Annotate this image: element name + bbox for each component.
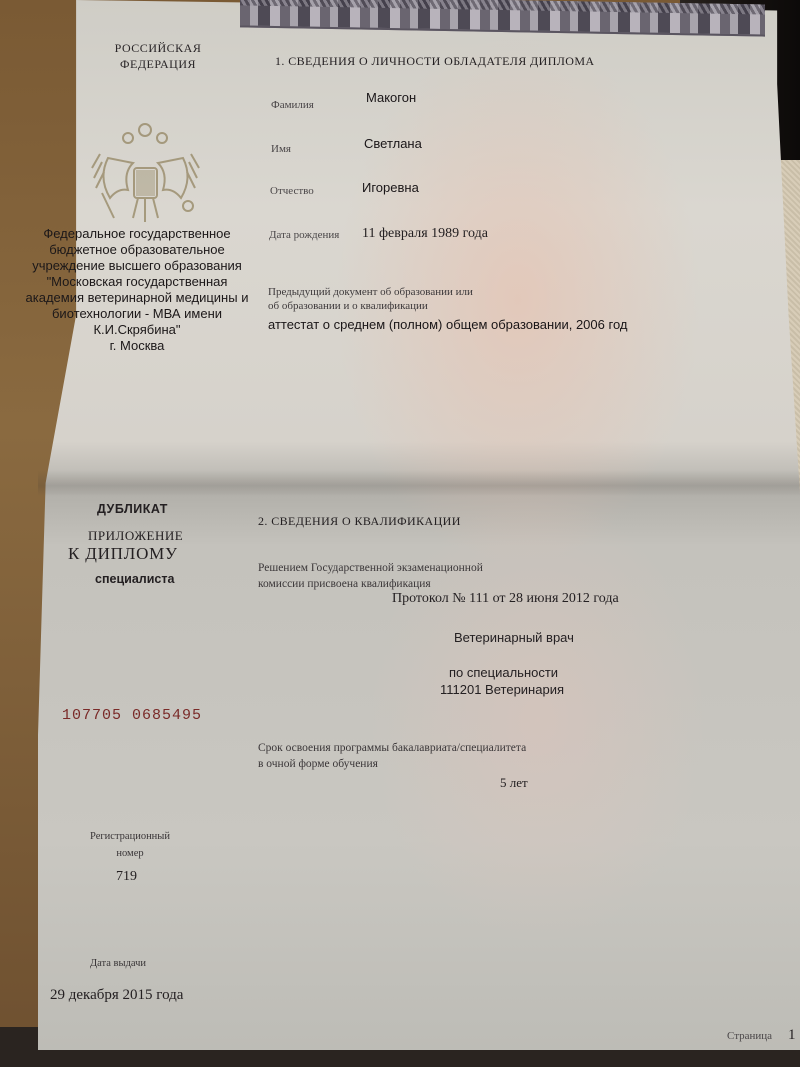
- page-number: 1: [788, 1027, 796, 1044]
- institution-line: г. Москва: [18, 338, 256, 354]
- by-specialty-label: по специальности: [449, 665, 558, 680]
- diploma-level: специалиста: [95, 572, 174, 586]
- registration-label-line-2: номер: [80, 845, 180, 862]
- decision-line-1: Решением Государственной экзаменационной: [258, 560, 558, 576]
- institution-line: К.И.Скрябина": [18, 322, 256, 338]
- protocol-number: Протокол № 111 от 28 июня 2012 года: [392, 591, 619, 607]
- decision-line-2: комиссии присвоена квалификация: [258, 576, 558, 592]
- previous-document-label-line-1: Предыдущий документ об образовании или: [268, 285, 473, 299]
- field-value-patronymic: Игоревна: [362, 180, 419, 195]
- section-2-title: 2. СВЕДЕНИЯ О КВАЛИФИКАЦИИ: [258, 514, 461, 529]
- field-value-name: Светлана: [364, 136, 422, 151]
- page-fold: [38, 470, 800, 496]
- institution-line: биотехнологии - МВА имени: [18, 306, 256, 322]
- to-diploma-title: К ДИПЛОМУ: [68, 544, 178, 564]
- issue-date-label: Дата выдачи: [90, 958, 146, 969]
- institution-line: "Московская государственная: [18, 274, 256, 290]
- issue-date: 29 декабря 2015 года: [50, 987, 183, 1004]
- previous-document-label-line-2: об образовании и о квалификации: [268, 299, 473, 313]
- country-line-1: РОССИЙСКАЯ: [108, 40, 208, 56]
- page-label: Страница: [727, 1030, 772, 1042]
- institution-line: Федеральное государственное: [18, 226, 256, 242]
- institution-line: академия ветеринарной медицины и: [18, 290, 256, 306]
- study-term-label: Срок освоения программы бакалавриата/спе…: [258, 740, 588, 772]
- registration-label-line-1: Регистрационный: [80, 828, 180, 845]
- appendix-title: ПРИЛОЖЕНИЕ: [88, 528, 183, 544]
- field-value-surname: Макогон: [366, 90, 416, 105]
- institution-line: учреждение высшего образования: [18, 258, 256, 274]
- previous-document-label: Предыдущий документ об образовании или о…: [268, 285, 473, 313]
- field-label-birthdate: Дата рождения: [269, 229, 339, 241]
- field-value-birthdate: 11 февраля 1989 года: [362, 226, 488, 242]
- study-term-value: 5 лет: [500, 775, 528, 791]
- duplicate-mark: ДУБЛИКАТ: [97, 502, 168, 516]
- term-line-2: в очной форме обучения: [258, 756, 588, 772]
- registration-number-label: Регистрационный номер: [80, 828, 180, 862]
- term-line-1: Срок освоения программы бакалавриата/спе…: [258, 740, 588, 756]
- commission-decision: Решением Государственной экзаменационной…: [258, 560, 558, 592]
- field-label-name: Имя: [271, 143, 291, 155]
- institution-name: Федеральное государственное бюджетное об…: [18, 226, 256, 354]
- registration-number: 719: [116, 869, 137, 885]
- country-name: РОССИЙСКАЯ ФЕДЕРАЦИЯ: [108, 40, 208, 72]
- qualification: Ветеринарный врач: [454, 630, 574, 645]
- serial-number: 107705 0685495: [62, 707, 202, 724]
- previous-document-value: аттестат о среднем (полном) общем образо…: [268, 317, 627, 332]
- field-label-surname: Фамилия: [271, 99, 314, 111]
- field-label-patronymic: Отчество: [270, 185, 314, 197]
- country-line-2: ФЕДЕРАЦИЯ: [108, 56, 208, 72]
- specialty: 111201 Ветеринария: [440, 682, 564, 697]
- section-1-title: 1. СВЕДЕНИЯ О ЛИЧНОСТИ ОБЛАДАТЕЛЯ ДИПЛОМ…: [275, 54, 595, 69]
- institution-line: бюджетное образовательное: [18, 242, 256, 258]
- coat-of-arms-icon: [88, 118, 203, 228]
